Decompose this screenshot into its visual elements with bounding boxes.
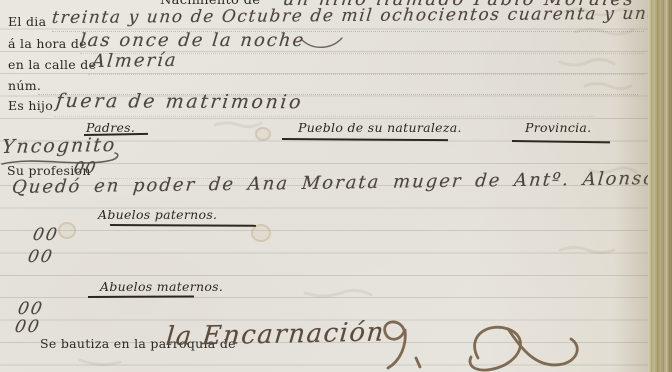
page-curve-shadow — [614, 0, 648, 372]
abuelos-paternos-entry: 00 — [26, 247, 55, 267]
el-dia-handwriting: treinta y uno de Octubre de mil ochocien… — [51, 4, 660, 28]
abuelos-paternos-entry: 00 — [31, 225, 60, 245]
el-dia-label: El dia — [8, 14, 46, 29]
column-header-pueblo: Pueblo de su naturaleza. — [298, 120, 462, 135]
calle-leader-line — [88, 73, 644, 75]
num-label: núm. — [8, 78, 41, 93]
abuelos-maternos-entry: 00 — [13, 317, 42, 337]
book-page-edge — [648, 0, 672, 372]
abuelos-paternos-label: Abuelos paternos. — [98, 207, 217, 222]
abuelos-maternos-label: Abuelos maternos. — [100, 279, 223, 294]
hora-label: á la hora de — [8, 36, 87, 51]
profesion-handwriting: 00 — [72, 158, 98, 177]
calle-label: en la calle de — [8, 57, 96, 72]
ink-stain — [255, 127, 271, 141]
register-page: Nacimiento de un niño llamado Pablo Mora… — [0, 0, 672, 372]
hijo-label: Es hijo — [8, 98, 53, 113]
abuelos-maternos-entry: 00 — [16, 299, 45, 319]
hora-handwriting: las once de la noche — [79, 30, 306, 51]
calle-handwriting: Almería — [91, 50, 178, 72]
hijo-handwriting: fuera de matrimonio — [55, 90, 305, 113]
column-header-provincia: Provincia. — [525, 120, 591, 135]
ink-stain — [251, 224, 271, 242]
hora-flourish — [300, 36, 344, 52]
hijo-leader-line — [54, 115, 594, 117]
signature-flourish — [330, 316, 620, 372]
